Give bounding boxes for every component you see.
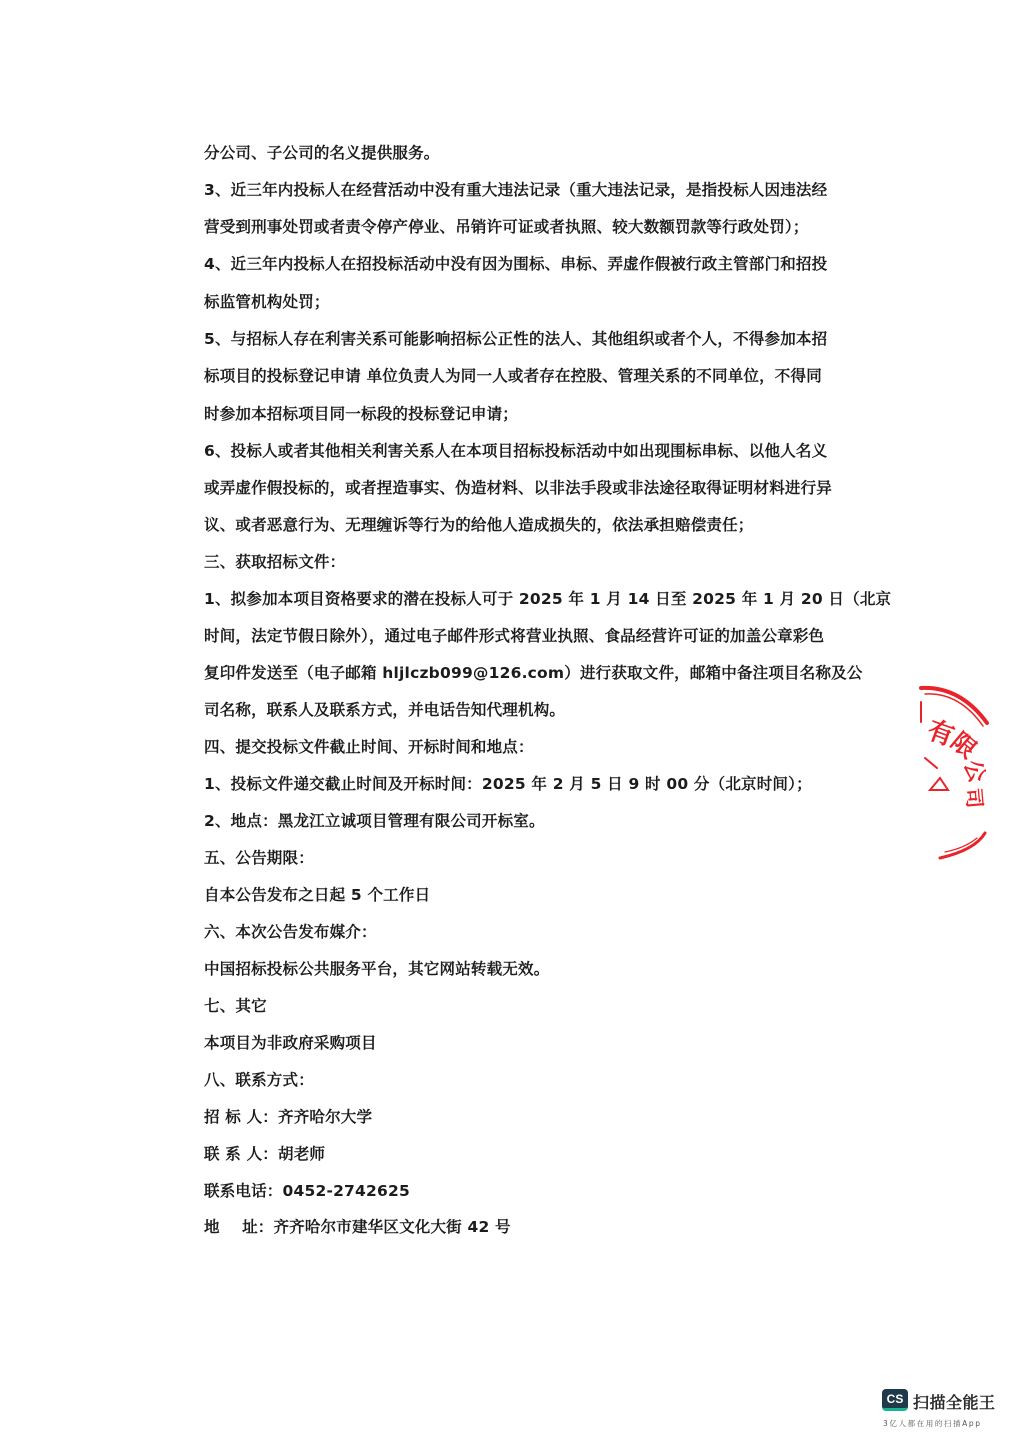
doc-line: 分公司、子公司的名义提供服务。 xyxy=(204,143,824,163)
section-heading: 七、其它 xyxy=(204,996,824,1016)
doc-line: 标项目的投标登记申请 单位负责人为同一人或者存在控股、管理关系的不同单位，不得同 xyxy=(204,366,824,386)
section-heading: 八、联系方式： xyxy=(204,1070,824,1090)
contact-phone: 联系电话：0452-2742625 xyxy=(204,1181,824,1201)
doc-line: 1、投标文件递交截止时间及开标时间：2025 年 2 月 5 日 9 时 00 … xyxy=(204,774,824,794)
doc-line: 3、近三年内投标人在经营活动中没有重大违法记录（重大违法记录，是指投标人因违法经 xyxy=(204,180,824,200)
watermark-app-name: 扫描全能王 xyxy=(913,1390,996,1413)
section-heading: 五、公告期限： xyxy=(204,848,824,868)
doc-line: 本项目为非政府采购项目 xyxy=(204,1033,824,1053)
camscanner-watermark: CS 扫描全能王 3亿人都在用的扫描App xyxy=(882,1389,1012,1434)
doc-line: 标监管机构处罚； xyxy=(204,292,824,312)
camscanner-logo-icon: CS xyxy=(882,1389,908,1411)
watermark-tagline: 3亿人都在用的扫描App xyxy=(883,1418,982,1429)
doc-line: 中国招标投标公共服务平台，其它网站转载无效。 xyxy=(204,959,824,979)
doc-line: 复印件发送至（电子邮箱 hljlczb099@126.com）进行获取文件，邮箱… xyxy=(204,663,824,683)
doc-line: 司名称，联系人及联系方式，并电话告知代理机构。 xyxy=(204,700,824,720)
contact-address: 地 址：齐齐哈尔市建华区文化大街 42 号 xyxy=(204,1217,824,1237)
doc-line: 时间，法定节假日除外），通过电子邮件形式将营业执照、食品经营许可证的加盖公章彩色 xyxy=(204,626,824,646)
section-heading: 四、提交投标文件截止时间、开标时间和地点： xyxy=(204,737,824,757)
company-seal-stamp: 有 限 公 司 xyxy=(915,678,1024,868)
doc-line: 营受到刑事处罚或者责令停产停业、吊销许可证或者执照、较大数额罚款等行政处罚）； xyxy=(204,217,824,237)
section-heading: 三、获取招标文件： xyxy=(204,552,824,572)
scanned-document-page: 分公司、子公司的名义提供服务。 3、近三年内投标人在经营活动中没有重大违法记录（… xyxy=(0,0,1024,1448)
section-heading: 六、本次公告发布媒介： xyxy=(204,922,824,942)
doc-line: 议、或者恶意行为、无理缠诉等行为的给他人造成损失的，依法承担赔偿责任； xyxy=(204,515,824,535)
doc-line: 时参加本招标项目同一标段的投标登记申请； xyxy=(204,404,824,424)
contact-person: 联 系 人：胡老师 xyxy=(204,1144,824,1164)
doc-line: 5、与招标人存在利害关系可能影响招标公正性的法人、其他组织或者个人，不得参加本招 xyxy=(204,329,824,349)
doc-line: 2、地点：黑龙江立诚项目管理有限公司开标室。 xyxy=(204,811,824,831)
doc-line: 6、投标人或者其他相关利害关系人在本项目招标投标活动中如出现围标串标、以他人名义 xyxy=(204,441,824,461)
doc-line: 或弄虚作假投标的，或者捏造事实、伪造材料、以非法手段或非法途径取得证明材料进行异 xyxy=(204,478,824,498)
doc-line: 自本公告发布之日起 5 个工作日 xyxy=(204,885,824,905)
svg-text:司: 司 xyxy=(961,787,987,809)
contact-tenderer: 招 标 人：齐齐哈尔大学 xyxy=(204,1107,824,1127)
doc-line: 1、拟参加本项目资格要求的潜在投标人可于 2025 年 1 月 14 日至 20… xyxy=(204,589,824,609)
doc-line: 4、近三年内投标人在招投标活动中没有因为围标、串标、弄虚作假被行政主管部门和招投 xyxy=(204,254,824,274)
